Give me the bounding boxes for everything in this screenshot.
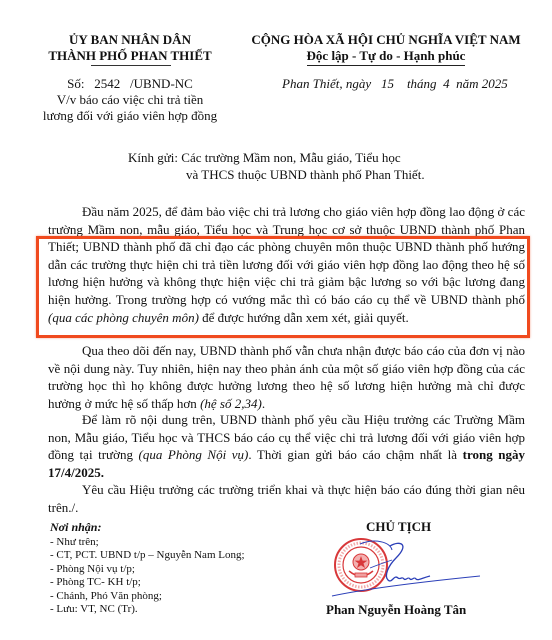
- document-date: Phan Thiết, ngày 15 tháng 4 năm 2025: [282, 76, 508, 92]
- issuer-underline: [91, 65, 171, 66]
- doc-number-value: 2542: [94, 76, 120, 91]
- signer-title: CHỦ TỊCH: [366, 519, 431, 535]
- addressee-line-2: và THCS thuộc UBND thành phố Phan Thiết.: [128, 166, 425, 183]
- paragraph-4: Yêu cầu Hiệu trưởng các trường triển kha…: [48, 481, 525, 516]
- document-number: Số: 2542 /UBND-NC: [30, 76, 230, 92]
- paragraph-1: Đầu năm 2025, để đảm bảo việc chi trả lư…: [48, 203, 525, 326]
- paragraph-2: Qua theo dõi đến nay, UBND thành phố vẫn…: [48, 342, 525, 412]
- issuer-block: ỦY BAN NHÂN DÂN THÀNH PHỐ PHAN THIẾT: [30, 32, 230, 64]
- signer-name: Phan Nguyễn Hoàng Tân: [326, 602, 466, 618]
- national-title: CỘNG HÒA XÃ HỘI CHỦ NGHĨA VIỆT NAM: [236, 32, 536, 48]
- distribution-item: - Như trên;: [50, 536, 245, 550]
- addressee-line-1: Kính gửi: Các trường Mầm non, Mẫu giáo, …: [128, 149, 425, 166]
- distribution-item: - CT, PCT. UBND t/p – Nguyễn Nam Long;: [50, 549, 245, 563]
- distribution-list: Nơi nhận: - Như trên; - CT, PCT. UBND t/…: [50, 521, 245, 617]
- distribution-item: - Phòng Nội vụ t/p;: [50, 563, 245, 577]
- distribution-title: Nơi nhận:: [50, 521, 245, 535]
- distribution-item: - Chánh, Phó Văn phòng;: [50, 590, 245, 604]
- document-subject: V/v báo cáo việc chi trả tiền lương đối …: [30, 92, 230, 124]
- signature-icon: [330, 538, 490, 598]
- issuer-line-1: ỦY BAN NHÂN DÂN: [30, 32, 230, 48]
- paragraph-3: Để làm rõ nội dung trên, UBND thành phố …: [48, 411, 525, 481]
- distribution-item: - Phòng TC- KH t/p;: [50, 576, 245, 590]
- addressee: Kính gửi: Các trường Mầm non, Mẫu giáo, …: [128, 149, 425, 183]
- national-header: CỘNG HÒA XÃ HỘI CHỦ NGHĨA VIỆT NAM Độc l…: [236, 32, 536, 66]
- highlighted-text: thành phố Phan Thiết; UBND thành phố đã …: [48, 222, 525, 325]
- issuer-line-2: THÀNH PHỐ PHAN THIẾT: [30, 48, 230, 64]
- distribution-item: - Lưu: VT, NC (Tr).: [50, 603, 245, 617]
- national-motto: Độc lập - Tự do - Hạnh phúc: [307, 48, 466, 66]
